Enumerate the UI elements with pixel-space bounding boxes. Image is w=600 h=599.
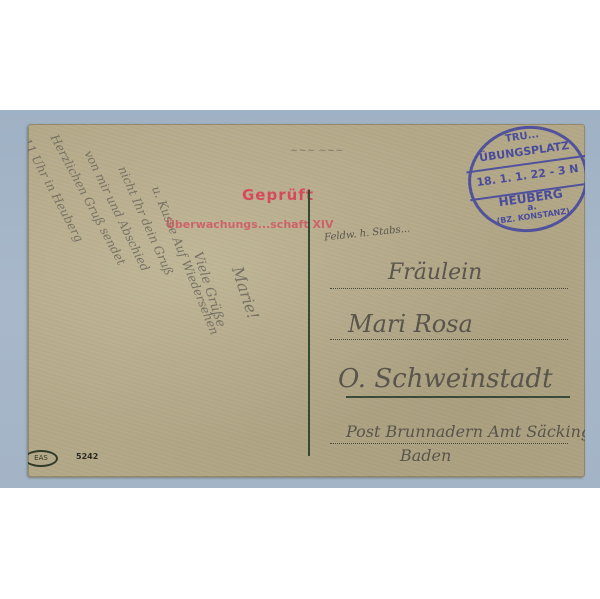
address-recipient-title: Fräulein xyxy=(388,260,482,285)
address-recipient-name: Mari Rosa xyxy=(348,310,473,338)
address-line-4 xyxy=(330,443,568,444)
address-line-2 xyxy=(330,339,568,340)
address-line-1 xyxy=(330,288,568,289)
censor-stamp-title: Geprüft xyxy=(242,186,314,204)
sender-note: Feldw. h. Stabs... xyxy=(324,224,411,244)
catalog-number: 5242 xyxy=(76,452,98,461)
publisher-logo: EAS xyxy=(28,450,58,467)
address-line-3 xyxy=(346,396,570,398)
address-town: O. Schweinstadt xyxy=(338,364,553,394)
postcard-back: 11 Uhr in Heuberg Herzlichen Gruß sendet… xyxy=(28,124,585,477)
postmark-stamp: TRU... ÜBUNGSPLATZ 18. 1. 1. 22 - 3 N HE… xyxy=(461,124,585,240)
address-region: Baden xyxy=(400,446,451,465)
address-post: Post Brunnadern Amt Säckingen xyxy=(346,422,585,441)
stamp-divider-line xyxy=(308,190,310,456)
greeting-line: Marie! xyxy=(228,264,263,322)
annotation-scribble: ~~~ ~~~ xyxy=(290,144,343,155)
